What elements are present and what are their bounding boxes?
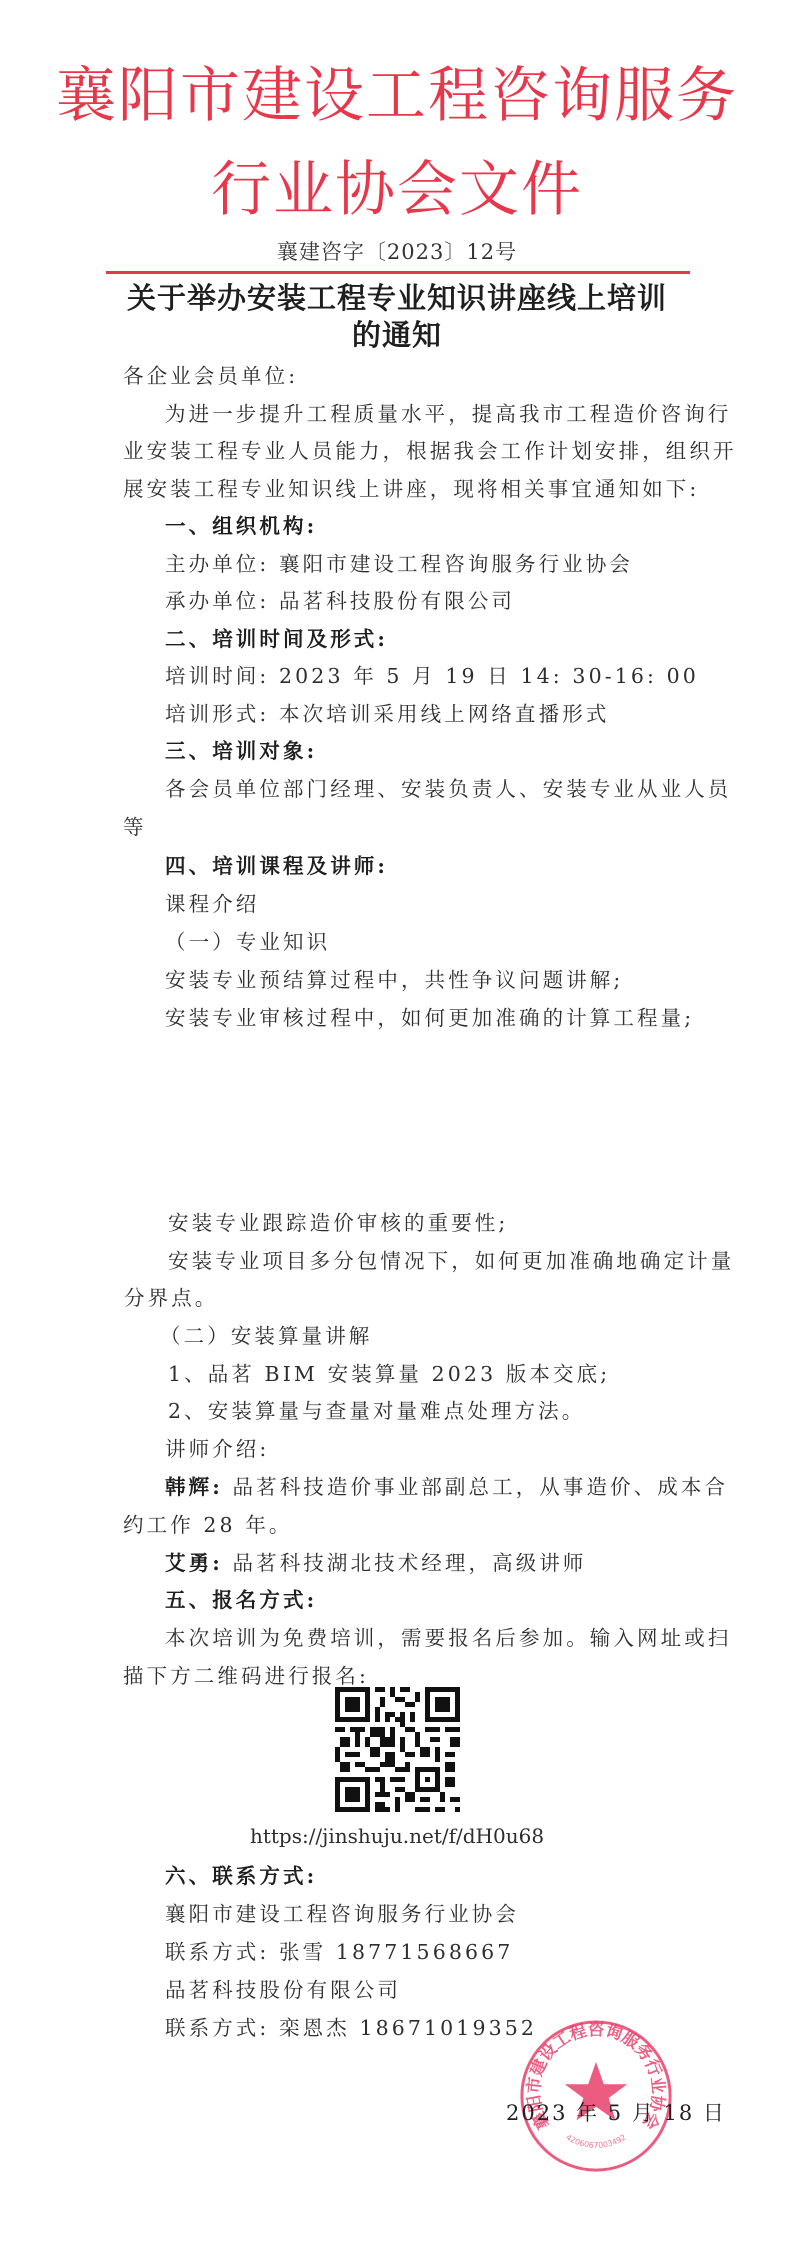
section-heading: 二、培训时间及形式: [165,629,388,650]
lecturer-1: 韩辉: 品茗科技造价事业部副总工，从事造价、成本合 [165,1477,728,1498]
audience-line: 等 [123,817,147,838]
lecturer-2-name: 艾勇: [165,1551,223,1575]
lecturer-2-desc: 品茗科技湖北技术经理，高级讲师 [223,1551,587,1575]
contact-org: 襄阳市建设工程咨询服务行业协会 [165,1904,519,1925]
red-divider [106,271,690,274]
lecturer-1-name: 韩辉: [165,1475,223,1499]
host-unit: 主办单位: 襄阳市建设工程咨询服务行业协会 [165,554,633,575]
intro-line: 业安装工程专业人员能力，根据我会工作计划安排，组织开 [123,441,737,462]
notice-title-line1: 关于举办安装工程专业知识讲座线上培训 [0,284,794,313]
contact-org: 品茗科技股份有限公司 [165,1980,401,2001]
registration-url-link[interactable]: https://jinshuju.net/f/dH0u68 [0,1826,794,1846]
registration-qr-code[interactable] [335,1687,460,1812]
lecturer-1-desc: 品茗科技造价事业部副总工，从事造价、成本合 [223,1475,728,1499]
intro-line: 展安装工程专业知识线上讲座，现将相关事宜通知如下: [123,479,699,500]
lecturer-2: 艾勇: 品茗科技湖北技术经理，高级讲师 [165,1553,587,1574]
notice-title-line2: 的通知 [0,321,794,350]
registration-text: 本次培训为免费培训，需要报名后参加。输入网址或扫 [165,1628,731,1649]
course-item: 安装专业审核过程中，如何更加准确的计算工程量; [165,1008,694,1029]
seal-code: 4206067003492 [564,2133,627,2150]
course-item: 1、品茗 BIM 安装算量 2023 版本交底; [168,1364,610,1385]
course-item: 安装专业预结算过程中，共性争议问题讲解; [165,970,623,991]
masthead-title-line1: 襄阳市建设工程咨询服务 [0,66,794,126]
section-heading: 一、组织机构: [165,516,317,537]
svg-text:4206067003492: 4206067003492 [564,2133,627,2150]
training-time: 培训时间: 2023 年 5 月 19 日 14: 30-16: 00 [165,666,699,687]
section-heading: 五、报名方式: [165,1590,317,1611]
masthead-title-line2: 行业协会文件 [0,160,794,220]
salutation: 各企业会员单位: [123,366,298,387]
section-heading: 三、培训对象: [165,741,317,762]
contact-info: 联系方式: 栾恩杰 18671019352 [165,2018,537,2039]
document-date: 2023 年 5 月 18 日 [506,2103,726,2124]
registration-text: 描下方二维码进行报名: [123,1666,369,1687]
contact-info: 联系方式: 张雪 18771568667 [165,1942,513,1963]
organizer-unit: 承办单位: 品茗科技股份有限公司 [165,591,515,612]
intro-line: 为进一步提升工程质量水平，提高我市工程造价咨询行 [165,404,731,425]
official-seal-icon: 襄阳市建设工程咨询服务行业协会 4206067003492 [518,2018,674,2174]
course-item: 分界点。 [124,1288,218,1309]
course-item: 安装专业跟踪造价审核的重要性; [168,1213,508,1234]
course-part-title: （二）安装算量讲解 [160,1326,372,1347]
course-intro-label: 课程介绍 [165,894,259,915]
course-item: 安装专业项目多分包情况下，如何更加准确地确定计量 [168,1251,734,1272]
training-format: 培训形式: 本次培训采用线上网络直播形式 [165,704,609,725]
section-heading: 六、联系方式: [165,1866,317,1887]
course-part-title: （一）专业知识 [165,932,330,953]
lecturer-1-desc-cont: 约工作 28 年。 [123,1515,293,1536]
lecturer-intro-label: 讲师介绍: [165,1439,269,1460]
document-number: 襄建咨字〔2023〕12号 [0,236,794,266]
audience-line: 各会员单位部门经理、安装负责人、安装专业从业人员 [165,779,731,800]
course-item: 2、安装算量与查量对量难点处理方法。 [168,1401,585,1422]
section-heading: 四、培训课程及讲师: [165,856,388,877]
